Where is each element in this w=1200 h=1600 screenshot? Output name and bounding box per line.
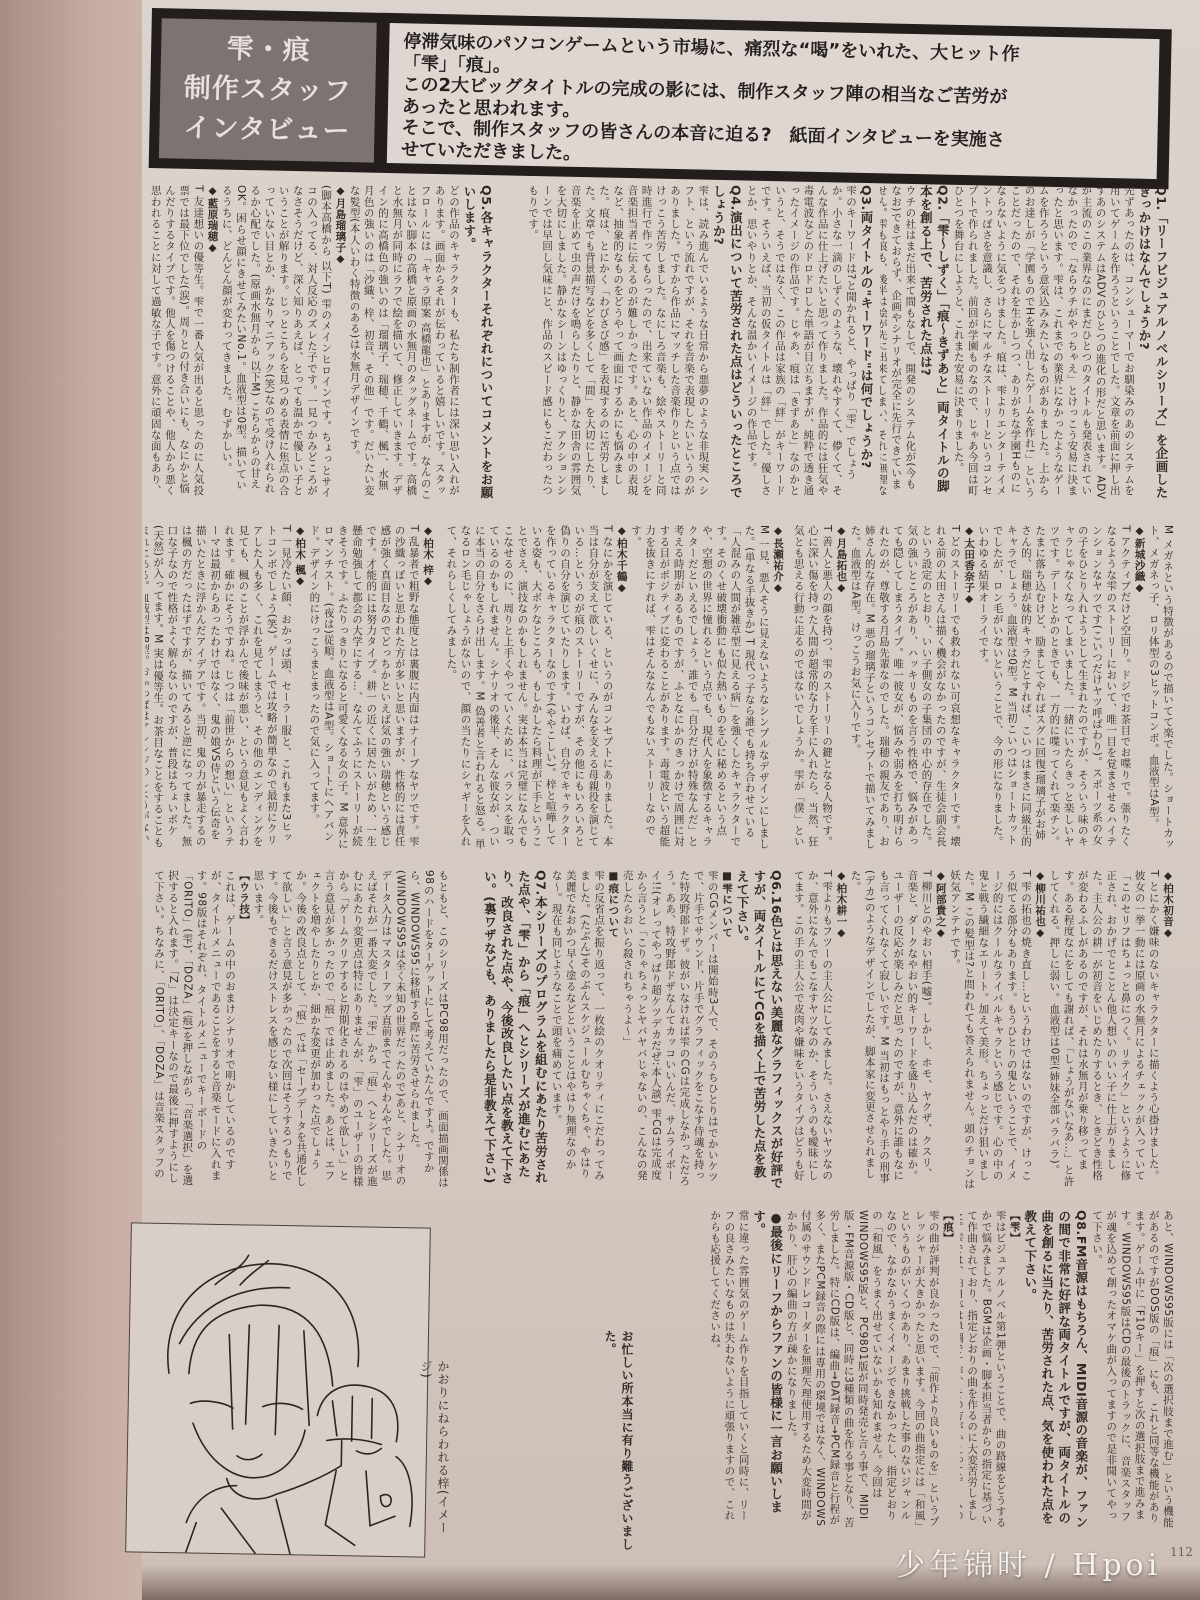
character-heading-mizuho: ◆藍原瑞穂◆ <box>205 185 219 500</box>
q6-shizuku-heading: ■雫について <box>720 870 734 1190</box>
character-heading-yanagawa: ◆柳川祐也◆ <box>1033 870 1047 1190</box>
row2-middle-block: ◆長瀬祐介◆ M 一見、悪人そうに見えないようなシンプルなデザインにしました。(… <box>440 525 785 850</box>
shizuku-music-heading: 【雫】 <box>1008 1210 1022 1530</box>
character-text-hatsune: T とにかく嫌味のないキャラクターに描くよう心掛けました。彼女の一挙一動には原画… <box>1047 870 1161 1190</box>
character-text-yanagawa: T 雫の拓也の焼き直し…というわけではないのですが、けっこう似てる部分もあります… <box>948 870 1033 1190</box>
kizuato-music-heading: 【痕】 <box>941 1210 955 1530</box>
q4-question: Q4.演出について苦労された点はどういったところでしょうか? <box>710 185 744 500</box>
character-text-kaede: T 一見冷たい顔、おかっぱ頭、セーラー服と、これもまた3ヒットコンボでしょう(笑… <box>145 525 293 850</box>
q6-kizuato-heading: ■痕について <box>606 870 620 1190</box>
character-text-ota: T どのストーリーでも救われない可哀想なキャラクターです。壊れる前の太田さんは描… <box>848 525 962 850</box>
title-line-3: インタビュー <box>183 109 351 152</box>
q5-question: Q5.各キャラクターそれぞれについてコメントをお願いします。 <box>461 185 495 500</box>
q8-question: Q8.FM音源はもちろん、MIDI音源の音楽が、ファンの間で非常に好評な両タイト… <box>1022 1210 1090 1530</box>
q1-answer: 先ずあったのは、コンシューマーでお馴染みのあのシステムを用いてゲームを作ろうとい… <box>951 185 1136 500</box>
q3-q4-block: Q3.両タイトルの"キーワード"は何でしょうか? 雫のキーワードは?と聞かれると… <box>500 185 875 500</box>
character-text-chizuru: T なにかを演じている、というのがコンセプトにありました。本当は自分が支えて欲し… <box>444 525 614 850</box>
character-heading-koichi: ◆柏木耕一◆ <box>834 870 848 1190</box>
row2-left-block: ◆柏木 梓◆ T 乱暴者で粗野な態度とは裏腹に内面はナイーブなヤツです。雫の沙織… <box>145 525 435 850</box>
character-heading-abe: ◆阿部貴之◆ <box>934 870 948 1190</box>
character-text-saori: T アクティブだけど空回り。ドジでお茶目でお喋りで。張りたくなるような雫のストー… <box>976 525 1132 850</box>
closing-answer: 常に違った雰囲気のゲーム作りを目指していくと同時に、リーフの良さみたいなものは失… <box>708 1210 751 1530</box>
q5-answer: どの作品のキャラクターも、私たち制作者には深い思い入れがあります。画面からそれが… <box>347 185 461 500</box>
character-heading-ota: ◆太田香奈子◆ <box>962 525 976 850</box>
q2-answer: ウチの社はまだ出来て間もなしで、開発のシステム化が(今もなお)できておらず、企画… <box>880 185 917 500</box>
article-lead: 停滞気味のパソコンゲームという市場に、痛烈な“喝”をいれた、大ヒット作 「雫」「… <box>387 23 1160 179</box>
closing-question: ●最後にリーフからファンの皆様に一言お願いします。 <box>751 1210 785 1530</box>
title-line-1: 雫・痕 <box>226 30 311 72</box>
character-heading-azusa: ◆柏木 梓◆ <box>421 525 435 850</box>
row3-left-block: もともと、このシリーズはPC98用だったので、画面描画関係は98のハードをターゲ… <box>150 870 450 1190</box>
article-title: 雫・痕 制作スタッフ インタビュー <box>159 18 377 162</box>
row4-right-block: あと、WINDOWS95版には「次の選択肢まで進む」という機能があるのですがDO… <box>960 1210 1175 1530</box>
q3-answer: 雫のキーワードは?と聞かれると、やっぱり「雫」でしょうか。小さな一滴のしずくのよ… <box>744 185 858 500</box>
character-text-koichi: T 雫よりもフツーの主人公にしてみました。さえないヤツなのか、意外になんでもこな… <box>790 870 834 1190</box>
q4-answer: 雫は、読み進んでいるような日常から悪夢のような非現実へシフト、という流れですが、… <box>526 185 711 500</box>
character-sketch-illustration <box>125 1222 431 1557</box>
row2-right-block: M メガネという特徴があるので描いてて楽でした。ショートカット、メガネっ子、ロリ… <box>790 525 1175 850</box>
character-text-ruriko: (脚本高橋から 以下T) 雫のメインヒロインです。ちょっとサイコの入ってる、対人… <box>220 185 334 500</box>
character-text-azusa: T 乱暴者で粗野な態度とは裏腹に内面はナイーブなヤツです。雫の沙織っぽいと思われ… <box>307 525 421 850</box>
character-text-mizuho: T 友達想いの優等生。雫で一番人気が出ると思ったのに人気投票では最下位でした(涙… <box>150 185 205 500</box>
q6-shizuku-text: 雫のCGメンバーは開始時3人で、そのうちひとりはでかいケツで、片手でサウンド、片… <box>620 870 719 1190</box>
ura-waza-heading: 【ウラ技】 <box>237 870 251 1190</box>
character-text-abe: T 柳川とのやおい相手(嘘)。しかし、ホモ、ヤクザ、クスリ、音楽と、ダークなやお… <box>848 870 933 1190</box>
kizuato-music-text: 雫の曲が評判が良かったので、「前作より良いものを」というプレッシャーが大きかった… <box>785 1210 941 1530</box>
row3-middle-block: Q6.16色とは思えない美麗なグラフィックスが好評ですが、両タイトルにてCGを描… <box>455 870 785 1190</box>
q2-question: Q2.「雫〜しずく」「痕〜きずあと」両タイトルの脚本を創る上で、苦労された点は? <box>917 185 951 500</box>
page-number: 112 <box>1170 1545 1193 1559</box>
character-heading-nagase: ◆長瀬祐介◆ <box>771 525 785 850</box>
q7-answer: もともと、このシリーズはPC98用だったので、画面描画関係は98のハードをターゲ… <box>251 870 450 1190</box>
q5-block: Q5.各キャラクターそれぞれについてコメントをお願いします。 どの作品のキャラク… <box>150 185 495 500</box>
character-text-nagase: M 一見、悪人そうに見えないようなシンプルなデザインにしました。(単なる手抜きか… <box>629 525 771 850</box>
header-banner: 雫・痕 制作スタッフ インタビュー 停滞気味のパソコンゲームという市場に、痛烈な… <box>149 8 1172 189</box>
character-heading-ruriko: ◆月島瑠璃子◆ <box>333 185 347 500</box>
q6-kizuato-text: 雫の反省点を振り返って、一枚絵のクオリティにこだわってみました。(たぶん)そのぶ… <box>549 870 606 1190</box>
q7-answer-tail: あと、WINDOWS95版には「次の選択肢まで進む」という機能があるのですがDO… <box>1090 1210 1175 1530</box>
q1-q2-block: Q1.「リーフビジュアルノベルシリーズ」を企画したきっかけはなんでしょうか? 先… <box>880 185 1170 500</box>
character-heading-chizuru: ◆柏木千鶴◆ <box>615 525 629 850</box>
row4-middle-block: 【痕】 雫の曲が評判が良かったので、「前作より良いものを」というプレッシャーが大… <box>650 1210 955 1530</box>
illustration-caption: かおりにねらわれる梓(イメージ) <box>430 1360 452 1550</box>
q7-question: Q7.本シリーズのプログラムを組むにあたり苦労された点や、「雫」から「痕」へとシ… <box>481 870 549 1190</box>
book-page-edge <box>0 0 145 1600</box>
character-text-takuya: T 善人と悪人の顔を持つ、雫のストーリーの鍵となる人物です。心に深い傷を持った人… <box>790 525 834 850</box>
q3-question: Q3.両タイトルの"キーワード"は何でしょうか? <box>858 185 875 500</box>
shizuku-music-text: 雫はビジュアルノベル第1弾ということで、曲の路線をどうするかで悩みました。BGM… <box>960 1210 1008 1530</box>
character-text-ruriko-m: M メガネという特徴があるので描いてて楽でした。ショートカット、メガネっ子、ロリ… <box>1147 525 1175 850</box>
ura-waza-text: これは、ゲームの中のおまけシナリオで明かしているのですが、タイトルメニューである… <box>150 870 237 1190</box>
character-heading-saori: ◆新城沙織◆ <box>1132 525 1146 850</box>
q1-question: Q1.「リーフビジュアルノベルシリーズ」を企画したきっかけはなんでしょうか? <box>1136 185 1170 500</box>
character-heading-hatsune: ◆柏木初音◆ <box>1161 870 1175 1190</box>
sketch-drawing-icon <box>126 1223 430 1556</box>
closing-thanks: お忙しい所本当に有り難うございました。 <box>612 1330 636 1560</box>
q6-question: Q6.16色とは思えない美麗なグラフィックスが好評ですが、両タイトルにてCGを描… <box>734 870 785 1190</box>
watermark: 少年锦时 / Hpoi <box>895 1540 1161 1584</box>
row3-right-block: ◆柏木初音◆ T とにかく嫌味のないキャラクターに描くよう心掛けました。彼女の一… <box>790 870 1175 1190</box>
character-heading-kaede: ◆柏木 楓◆ <box>293 525 307 850</box>
title-line-2: 制作スタッフ <box>183 69 352 113</box>
character-heading-takuya: ◆月島拓也◆ <box>834 525 848 850</box>
